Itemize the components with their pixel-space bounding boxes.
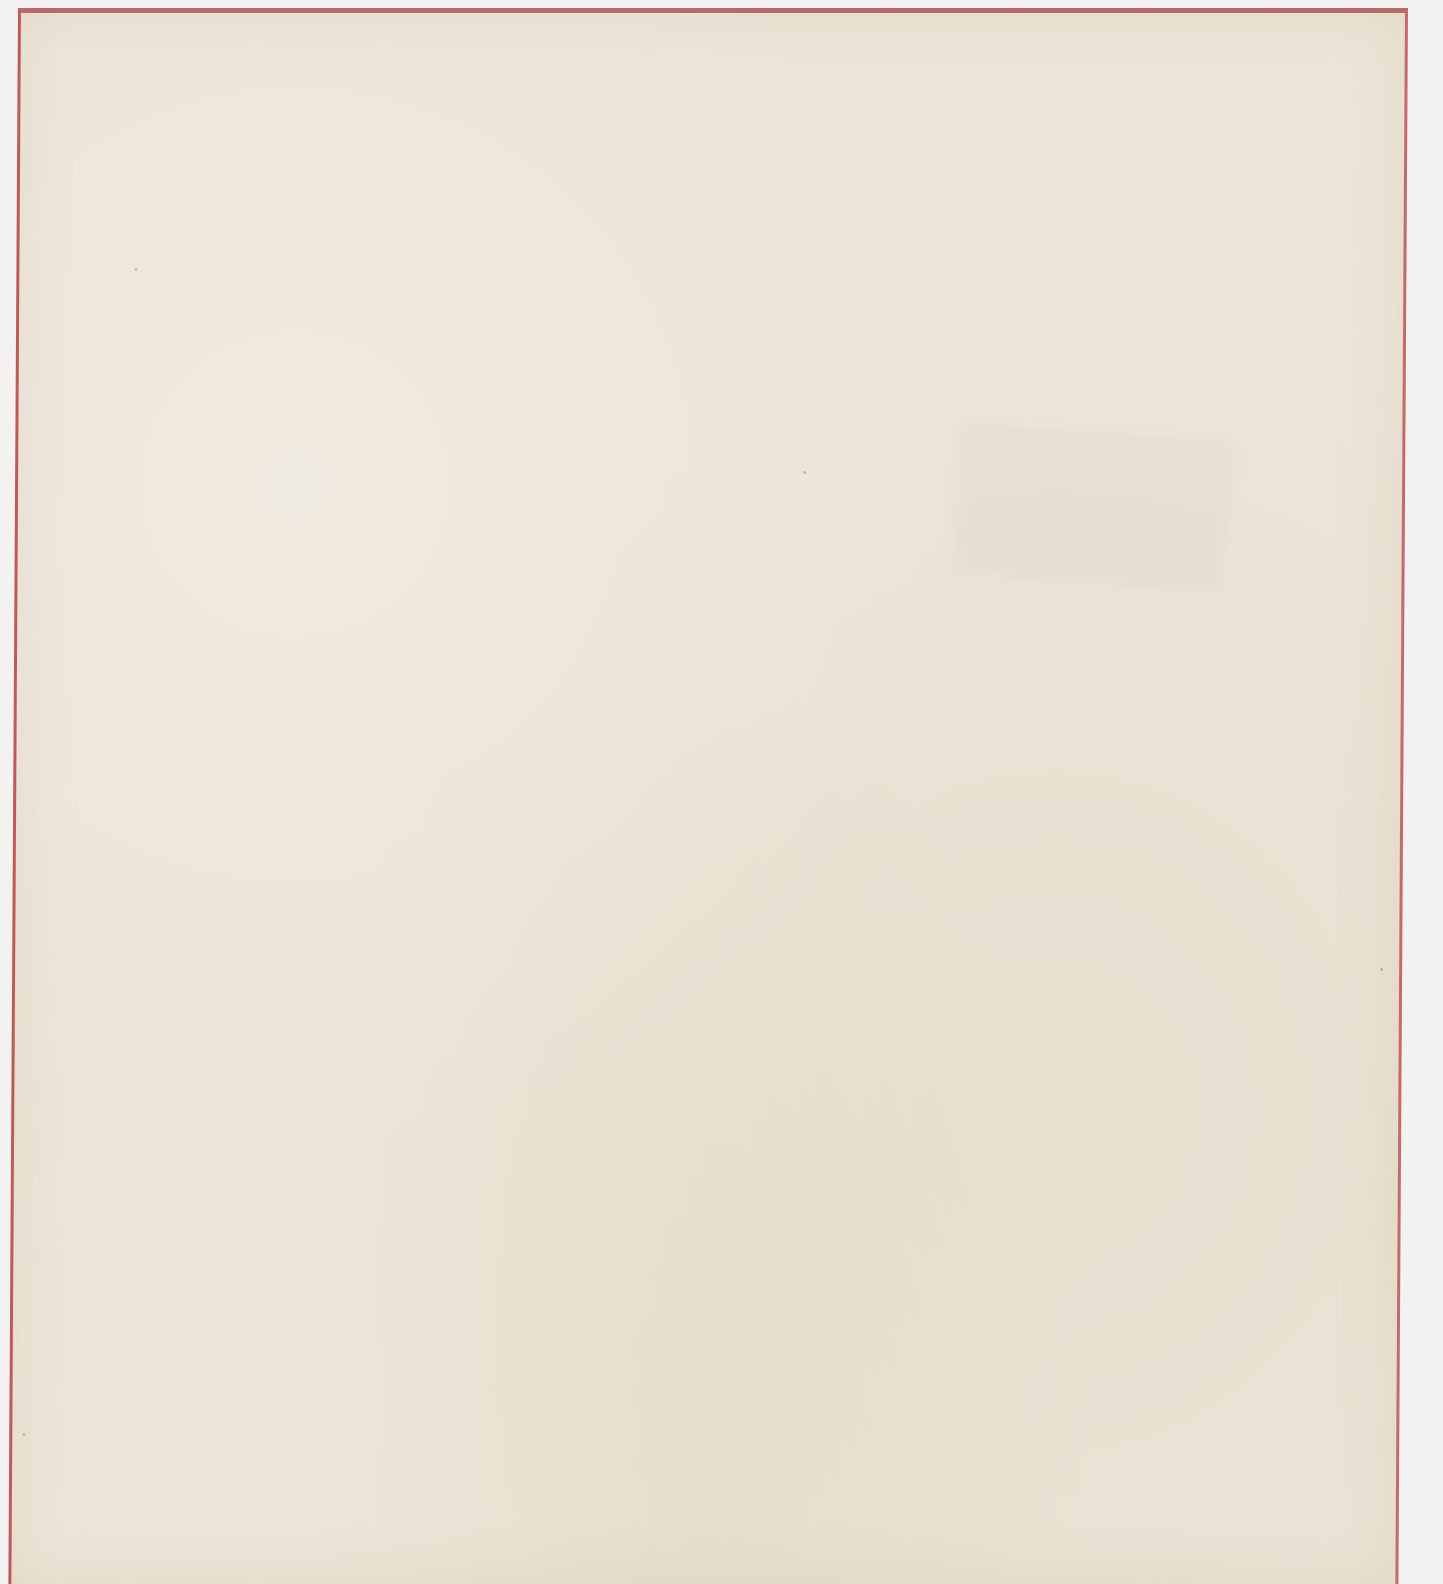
paper-speck — [1380, 968, 1383, 971]
paper-texture — [11, 13, 1405, 1584]
paper-speck — [22, 1433, 25, 1436]
paper-speck — [134, 268, 137, 271]
paper-speck — [803, 471, 806, 474]
scan-background — [0, 0, 1443, 1584]
blank-paper-card — [8, 8, 1408, 1584]
faint-stain-mark — [953, 424, 1234, 592]
